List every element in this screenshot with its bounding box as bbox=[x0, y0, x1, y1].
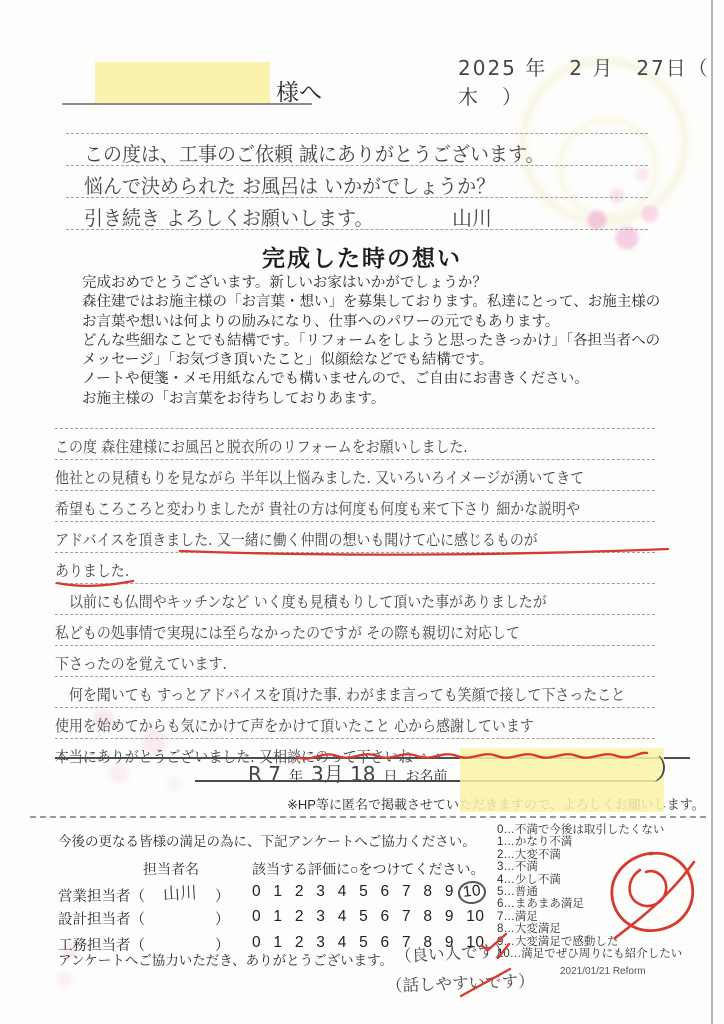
feedback-line: 希望もころころと変わりましたが 貴社の方は何度も何度も来て下さり 細かな説明や bbox=[55, 491, 655, 522]
letter-body-line: お施主様の「お言葉をお待ちしておりあます。 bbox=[82, 390, 660, 409]
signature-era-year: R 7 bbox=[248, 762, 281, 786]
legend-item: 7…満足 bbox=[497, 911, 682, 923]
legend-item: 9…大変満足で感動した bbox=[497, 936, 682, 948]
greeting-line: この度は、工事のご依頼 誠にありがとうございます。 bbox=[84, 138, 545, 167]
feedback-text: 以前にも仏間やキッチンなど いく度も見積もりして頂いた事がありましたが bbox=[55, 584, 547, 612]
handwritten-feedback: この度 森住建様にお風呂と脱衣所のリフォームをお願いしました. 他社との見積もり… bbox=[55, 428, 655, 769]
survey-column-scale: 該当する評価に○をつけてください。 bbox=[252, 859, 484, 879]
rating-legend: 0…不満で今後は取引したくない 1…かなり不満 2…大変不満 3…不満 4…少し… bbox=[497, 824, 682, 960]
handwritten-note: （話しやすいです） bbox=[386, 967, 535, 996]
letter-body: 完成おめでとうございます。新しいお家はいかがでしょうか？ 森住建ではお施主様の「… bbox=[82, 274, 660, 409]
feedback-text: 使用を始めてからも気にかけて声をかけて頂いたこと 心から感謝しています bbox=[55, 708, 534, 736]
feedback-text: 希望もころころと変わりましたが 貴社の方は何度も何度も来て下さり 細かな説明や bbox=[55, 491, 580, 519]
handwritten-close-paren: ） bbox=[652, 748, 685, 792]
legend-item: 5…普通 bbox=[497, 886, 682, 898]
handwritten-note: （良い人です） bbox=[394, 937, 511, 967]
ruled-line bbox=[66, 229, 648, 230]
survey-column-name: 担当者名 bbox=[143, 859, 199, 879]
letter-body-line: お言葉や想いは何よりの励みになり、仕事へのパワーの元でもあります。 bbox=[82, 313, 660, 332]
signature-row: R 7年3月 18日お名前 bbox=[248, 758, 456, 787]
feedback-line: 他社との見積もりを見ながら 半年以上悩みました. 又いろいろイメージが湧いてきて bbox=[55, 460, 655, 491]
feedback-line: 使用を始めてからも気にかけて声をかけて頂いたこと 心から感謝しています bbox=[55, 708, 655, 739]
greeting-line: 引き続き よろしくお願いします。 bbox=[84, 202, 374, 231]
scan-edge-line bbox=[711, 0, 713, 1024]
greeting-line: 悩んで決められた お風呂は いかがでしょうか？ bbox=[84, 170, 495, 199]
legend-item: 6…まあまあ満足 bbox=[497, 898, 682, 910]
ruled-line bbox=[66, 133, 648, 134]
legend-item: 8…大変満足 bbox=[497, 923, 682, 935]
ruled-line bbox=[66, 165, 648, 166]
survey-row-close-paren: ） bbox=[215, 912, 230, 928]
survey-row-label: 設計担当者（ bbox=[58, 912, 145, 928]
survey-row-label: 営業担当者（ bbox=[58, 889, 145, 905]
letter-body-line: ノートや便箋・メモ用紙なんでも構いませんので、ご自由にお書きください。 bbox=[82, 370, 660, 389]
rating-scale: 0 1 2 3 4 5 6 7 8 9 10 bbox=[252, 908, 485, 926]
feedback-line: 以前にも仏間やキッチンなど いく度も見積もりして頂いた事がありましたが bbox=[55, 584, 655, 615]
feedback-text: 他社との見積もりを見ながら 半年以上悩みました. 又いろいろイメージが湧いてきて bbox=[55, 460, 584, 488]
rating-scale: 0 1 2 3 4 5 6 7 8 910 bbox=[252, 881, 486, 904]
survey-row-close-paren: ） bbox=[215, 889, 230, 905]
redacted-name-highlight bbox=[95, 62, 270, 104]
legend-item: 2…大変不満 bbox=[497, 849, 682, 861]
feedback-text: この度 森住建様にお風呂と脱衣所のリフォームをお願いしました. bbox=[55, 429, 468, 457]
legend-item: 4…少し不満 bbox=[497, 874, 682, 886]
legend-item: 1…かなり不満 bbox=[497, 836, 682, 848]
letter-body-line: 森住建ではお施主様の「お言葉・想い」を募集しております。私達にとって、お施主様の bbox=[82, 293, 660, 312]
letter-body-line: 完成おめでとうございます。新しいお家はいかがでしょうか？ bbox=[82, 274, 660, 293]
survey-row-name-handwritten: 山川 bbox=[144, 877, 215, 906]
signature-month-day: 3月 18 bbox=[311, 762, 376, 786]
scanned-questionnaire-page: 2025 年 2 月 27日（ 木 ） 様へ この度は、工事のご依頼 誠にありが… bbox=[0, 0, 724, 1024]
feedback-text: ありました. bbox=[55, 553, 129, 581]
survey-thanks: アンケートへご協力いただき、ありがとうございます。 bbox=[58, 949, 393, 969]
feedback-line: この度 森住建様にお風呂と脱衣所のリフォームをお願いしました. bbox=[55, 429, 655, 460]
survey-intro: 今後の更なる皆様の満足の為に、下記アンケートへご協力ください。 bbox=[58, 830, 476, 850]
name-underline bbox=[62, 103, 312, 105]
feedback-text: 私どもの処事情で実現には至らなかったのですが その際も親切に対応して bbox=[55, 615, 520, 643]
legend-item: 0…不満で今後は取引したくない bbox=[497, 824, 682, 836]
legend-item: 3…不満 bbox=[497, 861, 682, 873]
dashed-separator bbox=[30, 816, 706, 818]
survey-row-name-handwritten bbox=[145, 920, 215, 924]
feedback-line: 何を聞いても すっとアドバイスを頂けた事. わがまま言っても笑顔で接して下さった… bbox=[55, 677, 655, 708]
section-title: 完成した時の想い bbox=[0, 240, 724, 273]
feedback-line: ありました. bbox=[55, 553, 655, 584]
greeting-signer: 山川 bbox=[452, 202, 492, 231]
letter-body-line: メッセージ」「お気づき頂いたこと」似顔絵などでも結構です。 bbox=[82, 351, 660, 370]
rating-numbers: 0 1 2 3 4 5 6 7 8 9 bbox=[252, 883, 454, 900]
handwritten-date: 2025 年 2 月 27日（ 木 ） bbox=[458, 52, 724, 110]
redacted-signature-highlight bbox=[460, 748, 664, 812]
feedback-text: 何を聞いても すっとアドバイスを頂けた事. わがまま言っても笑顔で接して下さった… bbox=[55, 677, 625, 705]
ruled-line bbox=[66, 197, 648, 198]
feedback-line: アドバイスを頂きました. 又一緒に働く仲間の想いも聞けて心に感じるものが bbox=[55, 522, 655, 553]
form-version: 2021/01/21 Reform bbox=[560, 966, 646, 977]
rating-numbers: 0 1 2 3 4 5 6 7 8 9 10 bbox=[252, 908, 485, 925]
feedback-text: アドバイスを頂きました. 又一緒に働く仲間の想いも聞けて心に感じるものが bbox=[55, 522, 538, 550]
rating-circled-10: 10 bbox=[457, 880, 487, 906]
letter-body-line: どんな些細なことでも結構です。「リフォームをしようと思ったきっかけ」「各担当者へ… bbox=[82, 332, 660, 351]
feedback-text: 下さったのを覚えています. bbox=[55, 646, 227, 674]
legend-item: 10…満足でぜひ周りにも紹介したい bbox=[497, 948, 682, 960]
feedback-line: 私どもの処事情で実現には至らなかったのですが その際も親切に対応して bbox=[55, 615, 655, 646]
feedback-line: 下さったのを覚えています. bbox=[55, 646, 655, 677]
